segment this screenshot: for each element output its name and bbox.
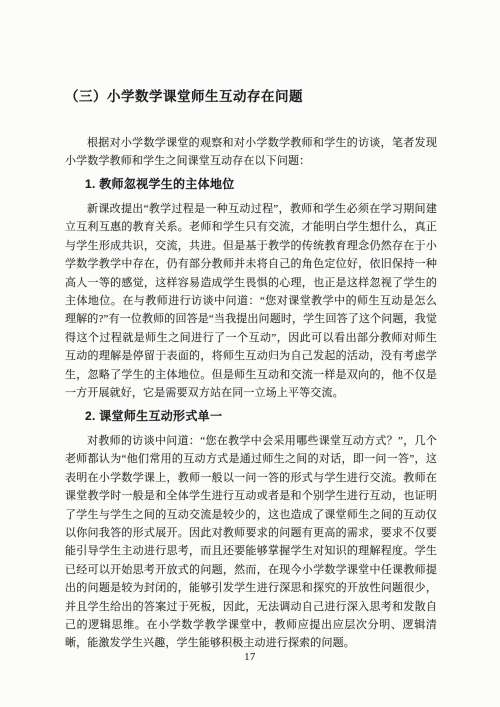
page-content: （三）小学数学课堂师生互动存在问题 根据对小学数学课堂的观察和对小学数学教师和学… xyxy=(65,90,437,659)
subheading-single-interaction-form: 2. 课堂师生互动形式单一 xyxy=(65,409,437,423)
section-heading: （三）小学数学课堂师生互动存在问题 xyxy=(65,90,437,105)
section-2-paragraph: 对教师的访谈中问道：“您在教学中会采用哪些课堂互动方式？”，几个老师都认为“他们… xyxy=(65,432,437,653)
section-1-paragraph: 新课改提出“教学过程是一种互动过程”，教师和学生必须在学习期间建立互利互惠的教育… xyxy=(65,200,437,402)
subheading-teacher-ignores-students: 1. 教师忽视学生的主体地位 xyxy=(65,177,437,191)
intro-paragraph: 根据对小学数学课堂的观察和对小学数学教师和学生的访谈，笔者发现小学数学教师和学生… xyxy=(65,134,437,171)
document-page: （三）小学数学课堂师生互动存在问题 根据对小学数学课堂的观察和对小学数学教师和学… xyxy=(0,0,500,707)
page-number: 17 xyxy=(0,652,500,663)
